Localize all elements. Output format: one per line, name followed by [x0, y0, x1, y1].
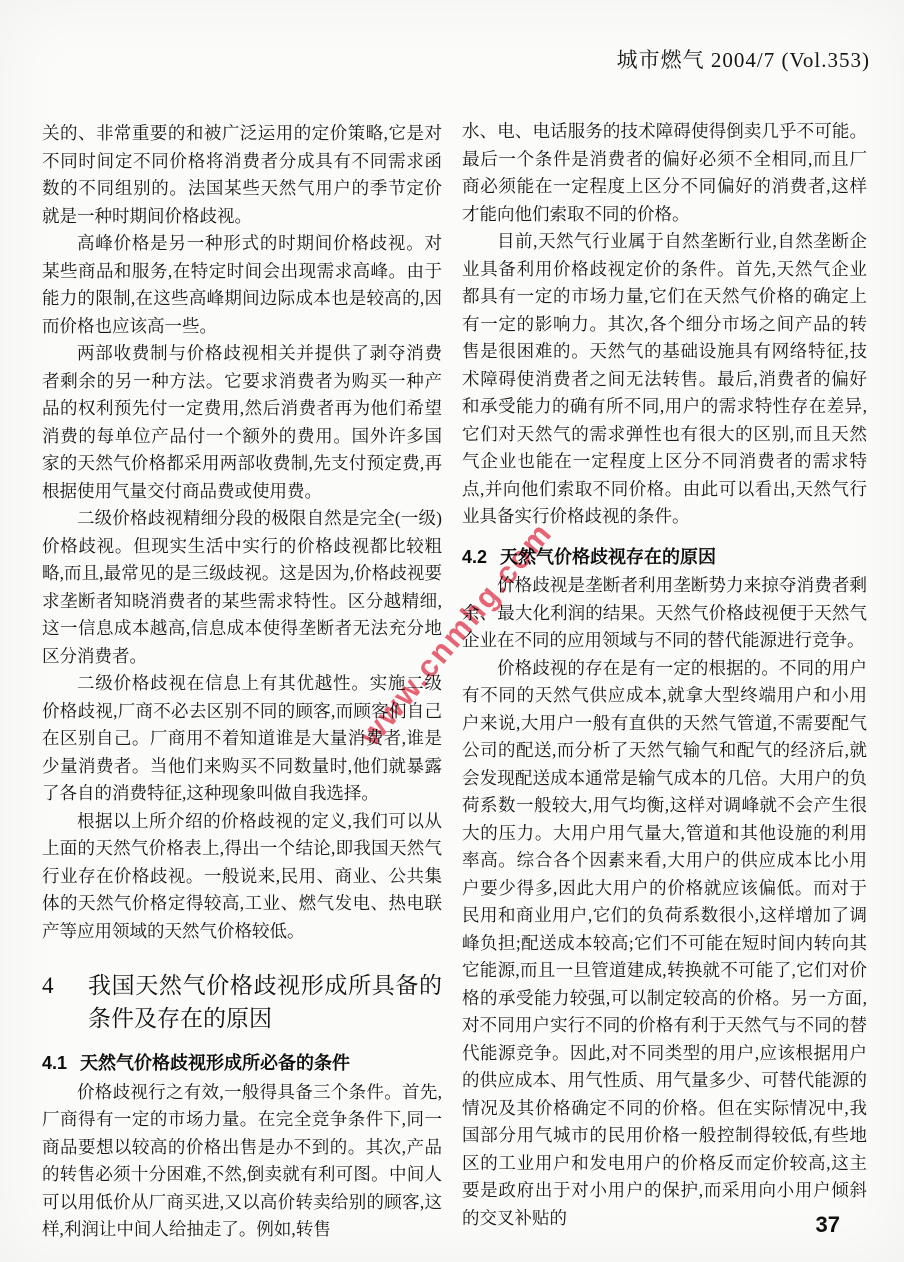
subsection-title: 天然气价格歧视形成所必备的条件 — [80, 1053, 350, 1073]
paragraph: 关的、非常重要的和被广泛运用的定价策略,它是对不同时间定不同价格将消费者分成具有… — [42, 120, 442, 230]
paragraph: 水、电、电话服务的技术障碍使得倒卖几乎不可能。最后一个条件是消费者的偏好必须不全… — [462, 118, 867, 228]
subsection-number: 4.2 — [462, 547, 487, 567]
subsection-title: 天然气价格歧视存在的原因 — [500, 547, 716, 567]
journal-header: 城市燃气 2004/7 (Vol.353) — [617, 44, 870, 74]
left-column: 关的、非常重要的和被广泛运用的定价策略,它是对不同时间定不同价格将消费者分成具有… — [42, 120, 442, 1244]
paragraph: 二级价格歧视在信息上有其优越性。实施二级价格歧视,厂商不必去区别不同的顾客,而顾… — [42, 670, 442, 808]
paragraph: 价格歧视是垄断者利用垄断势力来掠夺消费者剩余、最大化利润的结果。天然气价格歧视便… — [462, 572, 867, 655]
right-column: 水、电、电话服务的技术障碍使得倒卖几乎不可能。最后一个条件是消费者的偏好必须不全… — [462, 118, 867, 1232]
subsection-heading: 4.2天然气价格歧视存在的原因 — [462, 544, 867, 572]
section-number: 4 — [42, 969, 88, 1035]
paragraph: 二级价格歧视精细分段的极限自然是完全(一级)价格歧视。但现实生活中实行的价格歧视… — [42, 505, 442, 670]
subsection-number: 4.1 — [42, 1053, 67, 1073]
subsection-heading: 4.1天然气价格歧视形成所必备的条件 — [42, 1050, 442, 1078]
paragraph: 价格歧视的存在是有一定的根据的。不同的用户有不同的天然气供应成本,就拿大型终端用… — [462, 655, 867, 1233]
paragraph: 两部收费制与价格歧视相关并提供了剥夺消费者剩余的另一种方法。它要求消费者为购买一… — [42, 340, 442, 505]
section-title: 我国天然气价格歧视形成所具备的条件及存在的原因 — [88, 969, 442, 1035]
section-heading: 4 我国天然气价格歧视形成所具备的条件及存在的原因 — [42, 969, 442, 1035]
paragraph: 价格歧视行之有效,一般得具备三个条件。首先,厂商得有一定的市场力量。在完全竞争条… — [42, 1079, 442, 1244]
paragraph: 根据以上所介绍的价格歧视的定义,我们可以从上面的天然气价格表上,得出一个结论,即… — [42, 808, 442, 946]
paragraph: 目前,天然气行业属于自然垄断行业,自然垄断企业具备利用价格歧视定价的条件。首先,… — [462, 228, 867, 531]
paragraph: 高峰价格是另一种形式的时期间价格歧视。对某些商品和服务,在特定时间会出现需求高峰… — [42, 230, 442, 340]
scanned-journal-page: 城市燃气 2004/7 (Vol.353) www.cnmhg.com 关的、非… — [0, 0, 904, 1262]
page-number: 37 — [816, 1212, 840, 1238]
